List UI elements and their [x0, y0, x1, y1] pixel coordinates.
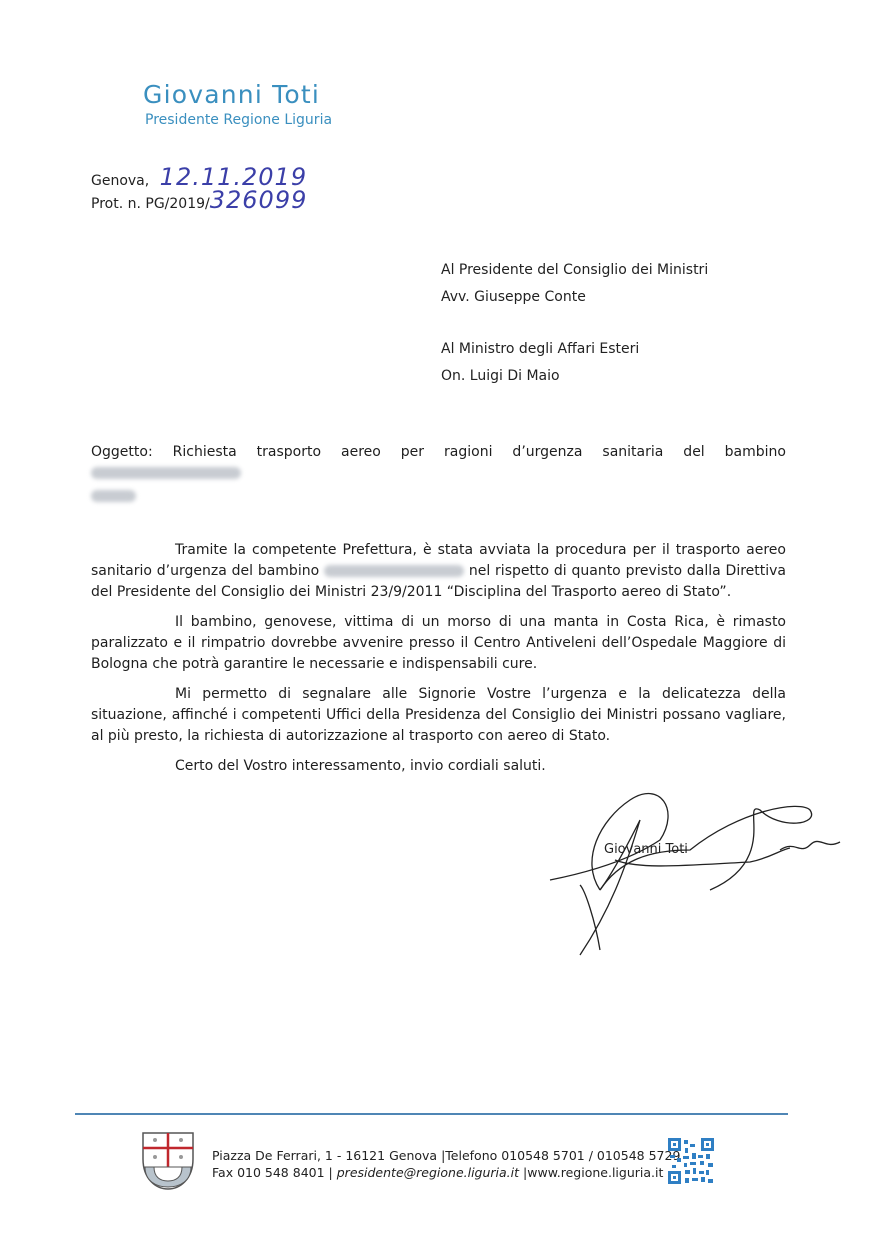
- region-liguria-coat-of-arms-icon: [140, 1131, 196, 1191]
- redacted-child-name: [324, 565, 464, 577]
- handwritten-protocol: 326099: [210, 186, 308, 214]
- footer-fax: Fax 010 548 8401: [212, 1165, 325, 1180]
- footer-address: Piazza De Ferrari, 1 - 16121 Genova: [212, 1148, 437, 1163]
- qr-code-icon[interactable]: [668, 1138, 714, 1184]
- footer-contact: Piazza De Ferrari, 1 - 16121 Genova |Tel…: [212, 1147, 680, 1181]
- footer-phone: Telefono 010548 5701 / 010548 5729: [445, 1148, 680, 1163]
- letterhead-title: Presidente Regione Liguria: [145, 112, 332, 128]
- protocol-line: Prot. n. PG/2019/326099: [91, 186, 307, 214]
- paragraph-1: Tramite la competente Prefettura, è stat…: [91, 540, 786, 603]
- paragraph-3: Mi permetto di segnalare alle Signorie V…: [91, 684, 786, 747]
- recipient-1-line2: Avv. Giuseppe Conte: [441, 284, 708, 311]
- paragraph-4: Certo del Vostro interessamento, invio c…: [91, 756, 786, 777]
- protocol-label: Prot. n. PG/2019/: [91, 196, 210, 212]
- recipient-2: Al Ministro degli Affari Esteri On. Luig…: [441, 336, 639, 390]
- subject-label: Oggetto:: [91, 444, 153, 460]
- signature-name: Giovanni Toti: [604, 842, 688, 857]
- footer-website-link[interactable]: www.regione.liguria.it: [527, 1165, 663, 1180]
- footer-divider: [75, 1113, 788, 1115]
- paragraph-2: Il bambino, genovese, vittima di un mors…: [91, 612, 786, 675]
- footer-separator: |: [329, 1165, 333, 1180]
- redacted-name: [91, 467, 241, 479]
- recipient-1-line1: Al Presidente del Consiglio dei Ministri: [441, 257, 708, 284]
- subject-line: Oggetto: Richiesta trasporto aereo per r…: [91, 442, 786, 505]
- footer-line-1: Piazza De Ferrari, 1 - 16121 Genova |Tel…: [212, 1147, 680, 1164]
- recipient-2-line2: On. Luigi Di Maio: [441, 363, 639, 390]
- letterhead-name: Giovanni Toti: [143, 80, 320, 109]
- subject-text: Richiesta trasporto aereo per ragioni d’…: [173, 444, 786, 460]
- footer-line-2: Fax 010 548 8401 | presidente@regione.li…: [212, 1164, 680, 1181]
- redacted-surname: [91, 490, 136, 502]
- recipient-1: Al Presidente del Consiglio dei Ministri…: [441, 257, 708, 311]
- recipient-2-line1: Al Ministro degli Affari Esteri: [441, 336, 639, 363]
- footer-email-link[interactable]: presidente@regione.liguria.it: [337, 1165, 519, 1180]
- signature-scribble: [540, 780, 850, 960]
- letter-body: Tramite la competente Prefettura, è stat…: [91, 540, 786, 786]
